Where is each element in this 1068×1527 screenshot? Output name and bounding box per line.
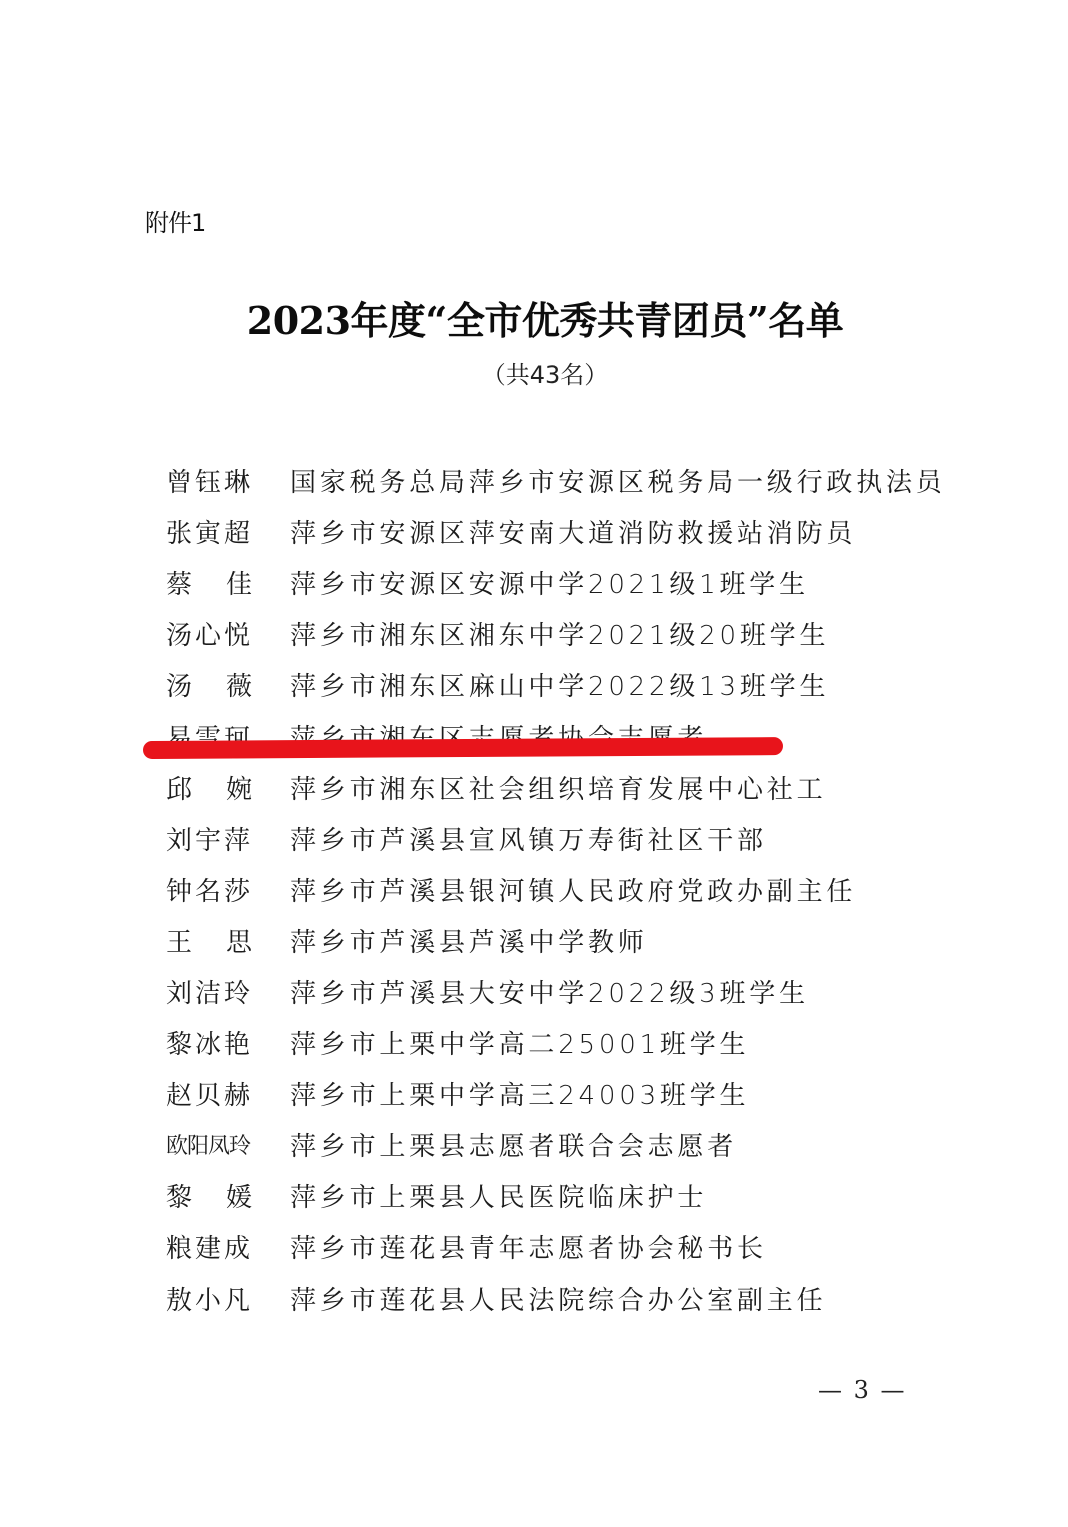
list-item: 欧阳凤玲 萍乡市上栗县志愿者联合会志愿者 xyxy=(166,1119,946,1170)
honoree-description: 萍乡市上栗中学高三24003班学生 xyxy=(290,1075,749,1112)
list-item: 钟名莎 萍乡市芦溪县银河镇人民政府党政办副主任 xyxy=(166,864,946,915)
list-item: 刘宇萍 萍乡市芦溪县宣风镇万寿街社区干部 xyxy=(166,813,946,864)
honoree-description: 萍乡市上栗中学高二25001班学生 xyxy=(290,1024,749,1061)
honoree-name: 蔡佳 xyxy=(166,564,290,601)
honoree-description: 萍乡市上栗县志愿者联合会志愿者 xyxy=(290,1126,737,1163)
honoree-name: 黎媛 xyxy=(166,1177,290,1214)
honoree-name: 王思 xyxy=(166,922,290,959)
list-item: 张寅超 萍乡市安源区萍安南大道消防救援站消防员 xyxy=(166,506,946,557)
honoree-description: 萍乡市湘东区麻山中学2022级13班学生 xyxy=(290,666,829,703)
list-item: 蔡佳 萍乡市安源区安源中学2021级1班学生 xyxy=(166,557,946,608)
page-number: — 3 — xyxy=(818,1376,907,1404)
honoree-description: 萍乡市芦溪县大安中学2022级3班学生 xyxy=(290,973,809,1010)
honoree-description: 萍乡市芦溪县芦溪中学教师 xyxy=(290,922,648,959)
honoree-description: 萍乡市上栗县人民医院临床护士 xyxy=(290,1177,707,1214)
honoree-description: 萍乡市莲花县青年志愿者协会秘书长 xyxy=(290,1228,767,1265)
honoree-name: 汤心悦 xyxy=(166,615,290,652)
honoree-name: 汤薇 xyxy=(166,666,290,703)
honoree-description: 国家税务总局萍乡市安源区税务局一级行政执法员 xyxy=(290,462,946,499)
list-item: 刘洁玲 萍乡市芦溪县大安中学2022级3班学生 xyxy=(166,966,946,1017)
list-item: 黎媛 萍乡市上栗县人民医院临床护士 xyxy=(166,1170,946,1221)
list-item: 汤心悦 萍乡市湘东区湘东中学2021级20班学生 xyxy=(166,608,946,659)
honoree-description: 萍乡市湘东区社会组织培育发展中心社工 xyxy=(290,769,826,806)
honoree-name: 粮建成 xyxy=(166,1228,290,1265)
honoree-description: 萍乡市芦溪县银河镇人民政府党政办副主任 xyxy=(290,871,856,908)
honoree-name: 邱婉 xyxy=(166,769,290,806)
honoree-name: 欧阳凤玲 xyxy=(166,1129,290,1160)
honoree-description: 萍乡市芦溪县宣风镇万寿街社区干部 xyxy=(290,820,767,857)
attachment-label: 附件1 xyxy=(145,203,205,238)
honoree-name: 曾钰琳 xyxy=(166,462,290,499)
list-item: 曾钰琳 国家税务总局萍乡市安源区税务局一级行政执法员 xyxy=(166,455,946,506)
honoree-name: 刘洁玲 xyxy=(166,973,290,1010)
honoree-description: 萍乡市安源区萍安南大道消防救援站消防员 xyxy=(290,513,856,550)
honoree-list: 曾钰琳 国家税务总局萍乡市安源区税务局一级行政执法员 张寅超 萍乡市安源区萍安南… xyxy=(166,455,946,1324)
honoree-name: 赵贝赫 xyxy=(166,1075,290,1112)
list-item: 敖小凡 萍乡市莲花县人民法院综合办公室副主任 xyxy=(166,1273,946,1324)
list-item: 汤薇 萍乡市湘东区麻山中学2022级13班学生 xyxy=(166,659,946,710)
honoree-name: 张寅超 xyxy=(166,513,290,550)
list-item: 邱婉 萍乡市湘东区社会组织培育发展中心社工 xyxy=(166,762,946,813)
document-title: 2023年度“全市优秀共青团员”名单 xyxy=(0,290,1068,345)
list-item: 粮建成 萍乡市莲花县青年志愿者协会秘书长 xyxy=(166,1221,946,1272)
honoree-description: 萍乡市莲花县人民法院综合办公室副主任 xyxy=(290,1280,826,1317)
list-item: 赵贝赫 萍乡市上栗中学高三24003班学生 xyxy=(166,1068,946,1119)
honoree-name: 钟名莎 xyxy=(166,871,290,908)
honoree-description: 萍乡市安源区安源中学2021级1班学生 xyxy=(290,564,809,601)
honoree-name: 敖小凡 xyxy=(166,1280,290,1317)
document-subtitle: （共43名） xyxy=(0,355,1068,390)
list-item: 王思 萍乡市芦溪县芦溪中学教师 xyxy=(166,915,946,966)
list-item: 黎冰艳 萍乡市上栗中学高二25001班学生 xyxy=(166,1017,946,1068)
honoree-description: 萍乡市湘东区湘东中学2021级20班学生 xyxy=(290,615,829,652)
honoree-name: 刘宇萍 xyxy=(166,820,290,857)
honoree-name: 黎冰艳 xyxy=(166,1024,290,1061)
